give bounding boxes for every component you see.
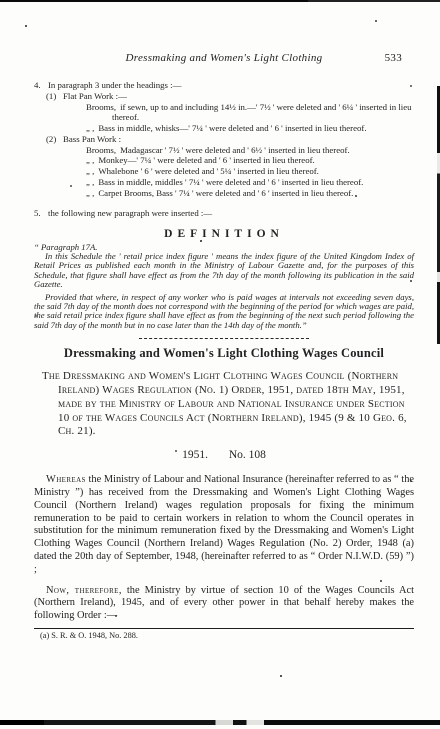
scan-edge-top [0,0,440,2]
whereas-text: the Ministry of Labour and National Insu… [34,474,414,575]
footnote-rule [34,628,414,629]
item-number: 5. [34,208,48,218]
amendment-item-5: 5. the following new paragraph were inse… [34,208,414,218]
group-label: (2) [46,134,63,144]
entry-prefix: „ , [86,188,94,198]
entry-text: Madagascar ' 7½ ' were deleted and ' 6½ … [120,145,350,155]
entry-text: Whalebone ' 6 ' were deleted and ' 5¼ ' … [98,166,319,176]
group-heading: Flat Pan Work :— [63,91,127,101]
page-number: 533 [385,52,402,64]
amendment-entry: „ ,Bass in middle, middles ' 7¼ ' were d… [62,177,414,187]
amendments-section: 4. In paragraph 3 under the headings :— … [34,80,414,218]
group-label: (1) [46,91,63,101]
group-heading: Bass Pan Work : [63,134,121,144]
order-title: The Dressmaking and Women's Light Clothi… [42,370,410,439]
entry-text: Bass in middle, whisks—' 7¼ ' were delet… [98,123,366,133]
now-therefore-paragraph: Now, therefore, the Ministry by virtue o… [34,585,414,623]
entry-prefix: Brooms, [86,145,116,155]
council-heading: Dressmaking and Women's Light Clothing W… [34,346,414,361]
scanned-document-page: Dressmaking and Women's Light Clothing 5… [0,0,440,729]
now-therefore-lead: Now, therefore, [46,585,122,596]
entry-text: Carpet Brooms, Bass ' 7¼ ' were deleted … [98,188,353,198]
entry-prefix: „ , [86,123,94,133]
definition-paragraph-2: Provided that where, in respect of any w… [34,293,414,331]
item-text: In paragraph 3 under the headings :— [48,80,181,90]
item-number: 4. [34,80,48,90]
amendment-entry: „ ,Whalebone ' 6 ' were deleted and ' 5¼… [62,166,414,176]
order-number-line: 1951. No. 108 [34,449,414,461]
entry-text: Monkey—' 7¼ ' were deleted and ' 6 ' ins… [98,155,314,165]
amendment-group-1: (1) Flat Pan Work :— Brooms,if sewn, up … [46,91,414,133]
amendment-item-4: 4. In paragraph 3 under the headings :— [34,80,414,90]
entry-text: if sewn, up to and including 14½ in.—' 7… [112,102,412,122]
section-separator-rule [139,338,309,339]
order-number: No. 108 [229,449,266,461]
entry-prefix: „ , [86,155,94,165]
entry-prefix: „ , [86,177,94,187]
scan-noise-speckles [25,25,27,27]
amendment-entry: „ ,Carpet Brooms, Bass ' 7¼ ' were delet… [62,188,414,198]
whereas-paragraph: Whereas the Ministry of Labour and Natio… [34,474,414,576]
amendment-entry: „ ,Monkey—' 7¼ ' were deleted and ' 6 ' … [62,155,414,165]
scan-edge-bottom [0,720,440,725]
amendment-group-2: (2) Bass Pan Work : Brooms,Madagascar ' … [46,134,414,198]
footnote: (a) S. R. & O. 1948, No. 288. [34,631,414,640]
amendment-entry: Brooms,Madagascar ' 7½ ' were deleted an… [62,145,414,155]
running-title: Dressmaking and Women's Light Clothing [126,52,323,64]
entry-text: Bass in middle, middles ' 7¼ ' were dele… [98,177,363,187]
definition-heading: DEFINITION [34,228,414,240]
entry-prefix: „ , [86,166,94,176]
whereas-lead: Whereas [46,474,86,485]
item-text: the following new paragraph were inserte… [48,208,212,218]
amendment-entry: Brooms,if sewn, up to and including 14½ … [62,102,414,122]
entry-prefix: Brooms, [86,102,116,112]
definition-paragraph-1: In this Schedule the ' retail price inde… [34,252,414,290]
order-year: 1951. [182,449,208,461]
amendment-entry: „ ,Bass in middle, whisks—' 7¼ ' were de… [62,123,414,133]
running-header: Dressmaking and Women's Light Clothing 5… [34,52,414,64]
definition-block: In this Schedule the ' retail price inde… [34,252,414,330]
